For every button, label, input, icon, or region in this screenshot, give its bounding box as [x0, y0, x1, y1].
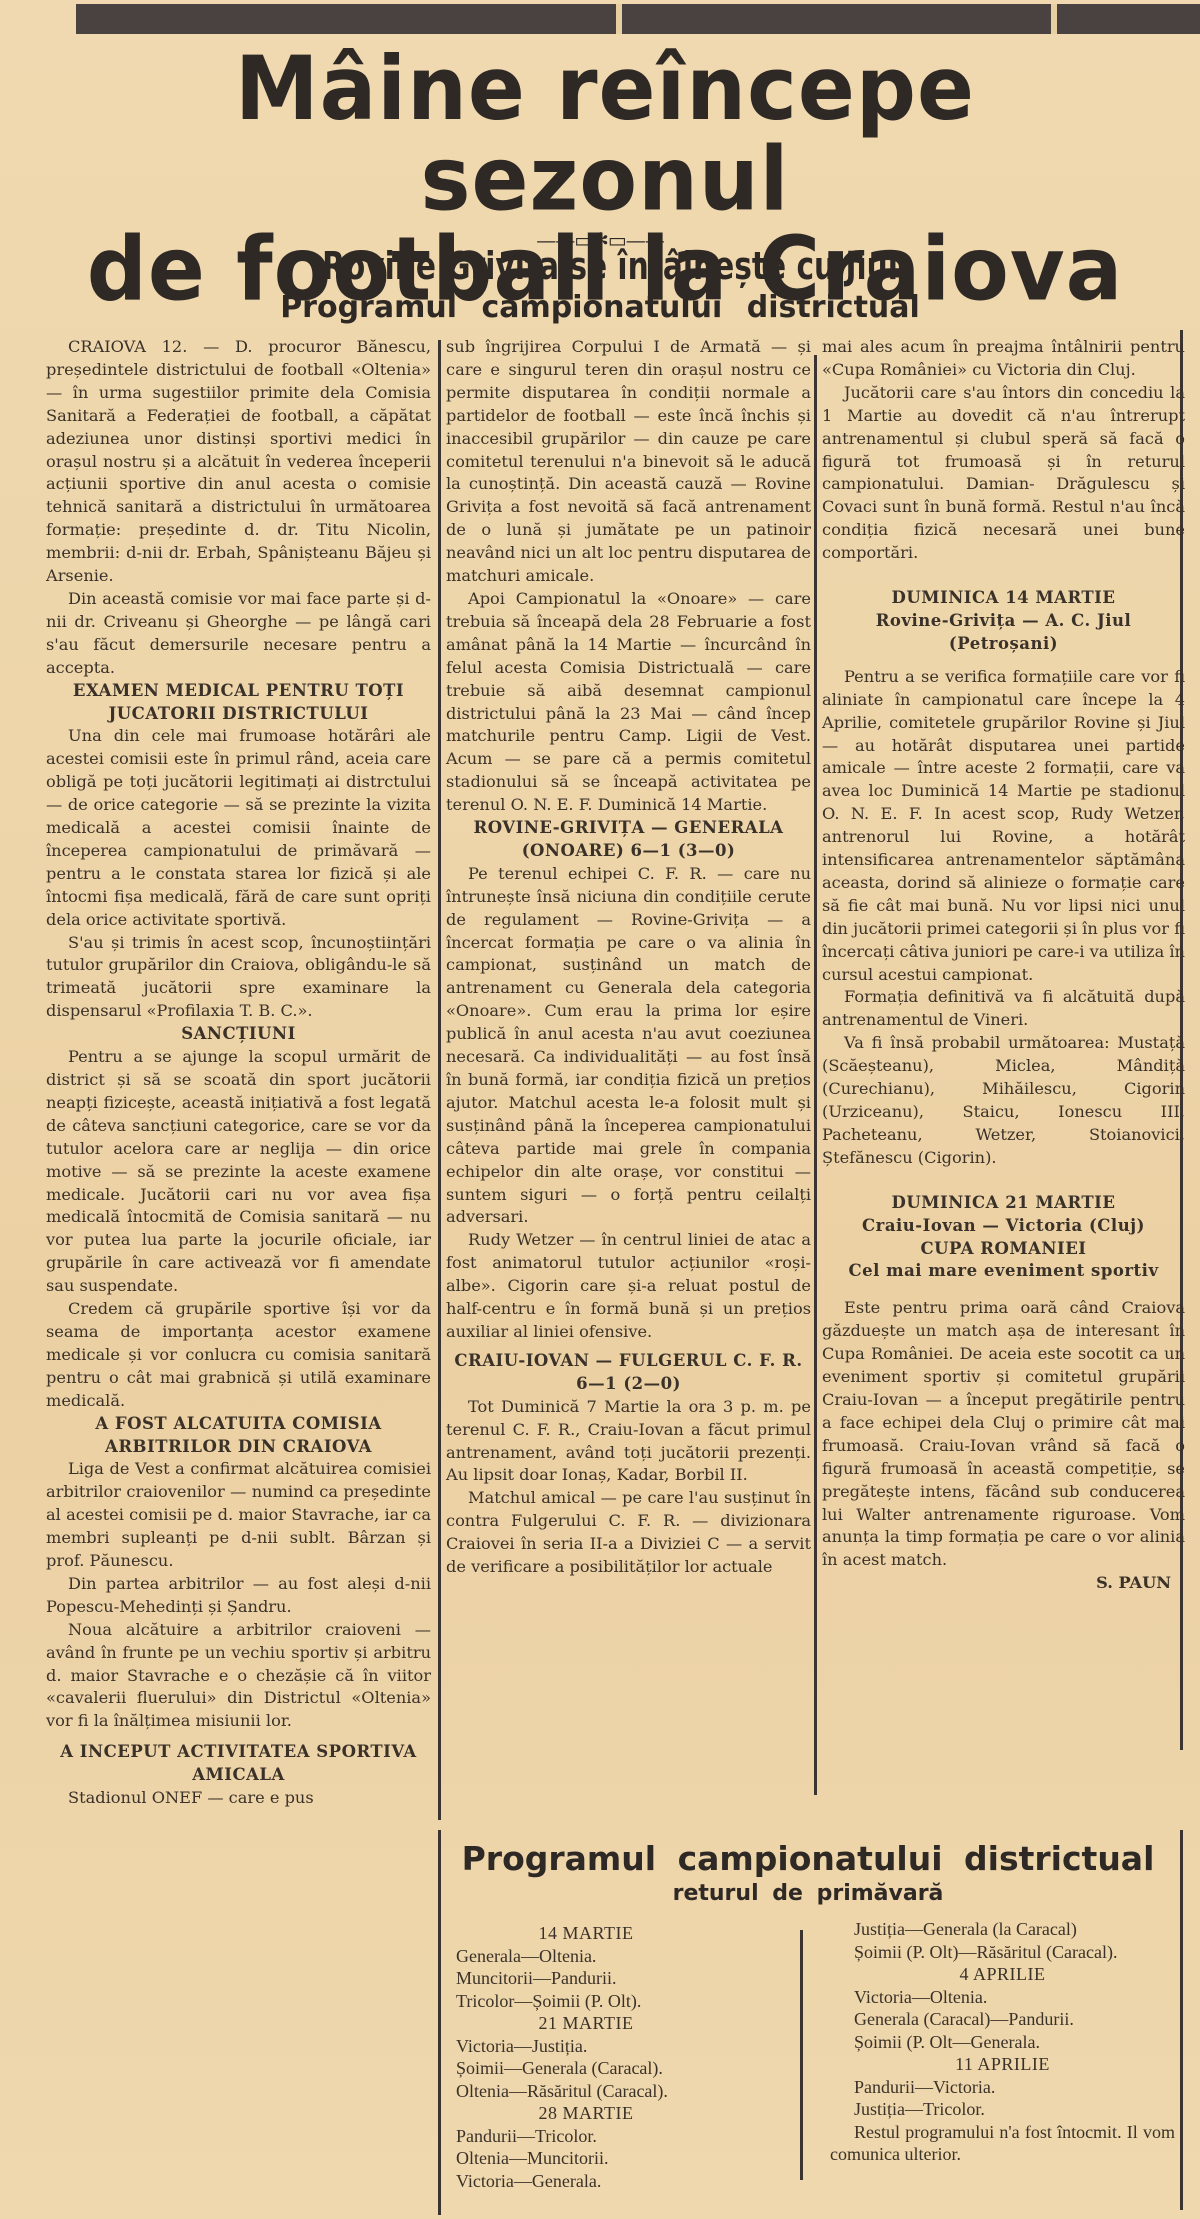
section-subheading: Cel mai mare eveniment sportiv	[822, 1260, 1185, 1283]
paragraph: Apoi Campionatul la «Onoare» — care treb…	[446, 588, 811, 817]
paragraph: sub îngrijirea Corpului I de Armată — și…	[446, 336, 811, 588]
paragraph: Jucătorii care s'au întors din concediu …	[822, 382, 1185, 565]
author-signature: S. PAUN	[822, 1572, 1185, 1595]
paragraph: Pe terenul echipei C. F. R. — care nu în…	[446, 863, 811, 1230]
paragraph: Tot Duminică 7 Martie la ora 3 p. m. pe …	[446, 1396, 811, 1488]
paragraph: Pentru a se ajunge la scopul urmărit de …	[46, 1046, 431, 1298]
schedule-match: Justiția—Generala (la Caracal)	[830, 1918, 1175, 1941]
section-heading: ROVINE-GRIVIȚA — GENERALA (ONOARE) 6—1 (…	[446, 817, 811, 863]
paragraph: Este pentru prima oară când Craiova găzd…	[822, 1297, 1185, 1572]
paragraph: mai ales acum în preajma întâlnirii pent…	[822, 336, 1185, 382]
paragraph: Stadionul ONEF — care e pus	[46, 1787, 431, 1810]
paragraph: Pentru a se verifica formațiile care vor…	[822, 666, 1185, 987]
schedule-date: 11 APRILIE	[830, 2053, 1175, 2076]
schedule-match: Generala (Caracal)—Pandurii.	[830, 2008, 1175, 2031]
schedule-match: Șoimii (P. Olt)—Răsăritul (Caracal).	[830, 1941, 1175, 1964]
article-column-1: CRAIOVA 12. — D. procuror Bănescu, preșe…	[46, 336, 431, 1810]
schedule-match: Victoria—Generala.	[456, 2170, 716, 2193]
schedule-match: Victoria—Justiția.	[456, 2035, 716, 2058]
article-column-2: sub îngrijirea Corpului I de Armată — și…	[446, 336, 811, 1579]
schedule-match: Oltenia—Muncitorii.	[456, 2147, 716, 2170]
section-heading: CRAIU-IOVAN — FULGERUL C. F. R. 6—1 (2—0…	[446, 1350, 811, 1396]
paragraph: Credem că grupările sportive își vor da …	[46, 1298, 431, 1413]
section-subheading: Rovine-Grivița — A. C. Jiul (Petroșani)	[822, 610, 1185, 656]
subheadline-program: Programul campionatului districtual	[120, 290, 1080, 326]
program-subtitle: returul de primăvară	[436, 1880, 1180, 1908]
paragraph: Noua alcătuire a arbitrilor craioveni — …	[46, 1619, 431, 1734]
schedule-match: Tricolor—Șoimii (P. Olt).	[456, 1990, 716, 2013]
schedule-match: Justiția—Tricolor.	[830, 2098, 1175, 2121]
schedule-match: Pandurii—Victoria.	[830, 2076, 1175, 2099]
paragraph: Liga de Vest a confirmat alcătuirea comi…	[46, 1458, 431, 1573]
schedule-match: Șoimii (P. Olt—Generala.	[830, 2031, 1175, 2054]
section-heading: A FOST ALCATUITA COMISIA ARBITRILOR DIN …	[46, 1413, 431, 1459]
paragraph: Din partea arbitrilor — au fost aleși d-…	[46, 1573, 431, 1619]
schedule-match: Muncitorii—Pandurii.	[456, 1967, 716, 1990]
schedule-date: 28 MARTIE	[456, 2102, 716, 2125]
section-subheading: Craiu-Iovan — Victoria (Cluj)	[822, 1215, 1185, 1238]
schedule-match: Victoria—Oltenia.	[830, 1986, 1175, 2009]
headline-line-1: Mâine reîncepe sezonul	[40, 44, 1170, 225]
subheadline: Rovine Grivița se întâlnește cu Jiul	[275, 244, 946, 288]
section-heading: A INCEPUT ACTIVITATEA SPORTIVA AMICALA	[46, 1741, 431, 1787]
masthead-rule	[76, 4, 1200, 34]
schedule-right: Justiția—Generala (la Caracal) Șoimii (P…	[830, 1918, 1175, 2166]
schedule-date: 14 MARTIE	[456, 1922, 716, 1945]
paragraph: Din această comisie vor mai face parte ș…	[46, 588, 431, 680]
section-heading: DUMINICA 14 MARTIE	[822, 587, 1185, 610]
column-rule	[800, 1930, 803, 2180]
schedule-match: Pandurii—Tricolor.	[456, 2125, 716, 2148]
schedule-date: 4 APRILIE	[830, 1963, 1175, 1986]
schedule-match: Oltenia—Răsăritul (Caracal).	[456, 2080, 716, 2103]
paragraph: Va fi însă probabil următoarea: Mustață …	[822, 1032, 1185, 1169]
paragraph: Rudy Wetzer — în centrul liniei de atac …	[446, 1229, 811, 1344]
column-rule	[438, 340, 441, 1820]
section-heading: SANCȚIUNI	[46, 1023, 431, 1046]
schedule-match: Șoimii—Generala (Caracal).	[456, 2057, 716, 2080]
schedule-note: Restul programului n'a fost întocmit. Il…	[830, 2121, 1175, 2166]
paragraph: S'au și trimis în acest scop, încunoștii…	[46, 932, 431, 1024]
schedule-date: 21 MARTIE	[456, 2012, 716, 2035]
schedule-match: Generala—Oltenia.	[456, 1945, 716, 1968]
column-rule	[814, 355, 817, 1795]
section-subheading: CUPA ROMANIEI	[822, 1238, 1185, 1261]
program-title: Programul campionatului districtual	[436, 1840, 1180, 1878]
section-heading: DUMINICA 21 MARTIE	[822, 1192, 1185, 1215]
column-rule	[1180, 1830, 1183, 2210]
paragraph: Formația definitivă va fi alcătuită după…	[822, 986, 1185, 1032]
section-heading: EXAMEN MEDICAL PENTRU TOȚI JUCATORII DIS…	[46, 680, 431, 726]
paragraph: CRAIOVA 12. — D. procuror Bănescu, preșe…	[46, 336, 431, 588]
newspaper-page: Mâine reîncepe sezonul de football la Cr…	[0, 0, 1200, 2219]
article-column-3: mai ales acum în preajma întâlnirii pent…	[822, 336, 1185, 1595]
paragraph: Matchul amical — pe care l'au susținut î…	[446, 1487, 811, 1579]
paragraph: Una din cele mai frumoase hotărâri ale a…	[46, 725, 431, 931]
schedule-left: 14 MARTIE Generala—Oltenia. Muncitorii—P…	[456, 1922, 716, 2192]
